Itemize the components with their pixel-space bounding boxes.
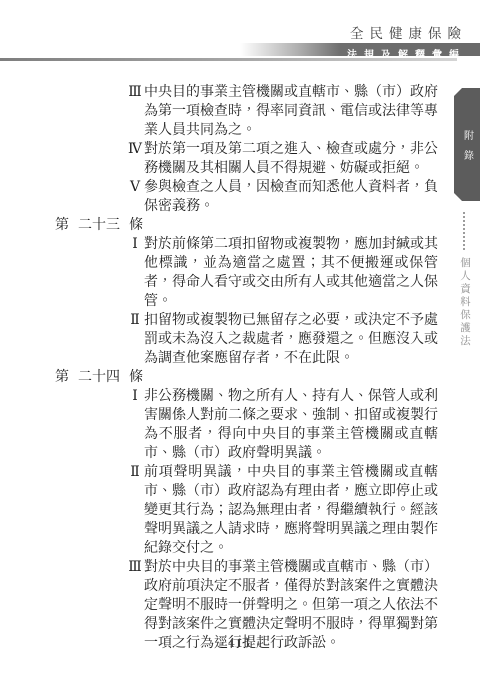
appendix-tab: 附錄 [454,88,480,201]
item-numeral: Ⅲ [128,558,142,577]
law-item: Ⅰ 對於前條第二項扣留物或複製物，應加封緘或其他標識，並為適當之處置；其不便搬運… [128,235,438,311]
document-page: 全民健康保險 法規及解釋彙編 附錄 個人資料保護法 Ⅲ 中央目的事業主管機關或直… [0,0,480,681]
edition-banner: 法規及解釋彙編 [0,43,480,56]
page-title: 全民健康保險 [350,22,467,42]
appendix-tab-label: 附錄 [460,130,475,170]
law-item: Ⅱ 前項聲明異議，中央目的事業主管機關或直轄市、縣（市）政府認為有理由者，應立即… [128,463,438,558]
item-text: 扣留物或複製物已無留存之必要，或決定不予處罰或未為沒入之裁處者，應發還之。但應沒… [144,312,438,366]
header-rule [0,58,457,61]
article-prefix: 第 [55,368,69,387]
article-number: 二十四 [78,368,120,387]
law-item: Ⅴ 參與檢查之人員，因檢查而知悉他人資料者，負保密義務。 [128,178,438,216]
law-item: Ⅳ 對於第一項及第二項之進入、檢查或處分，非公務機關及其相關人員不得規避、妨礙或… [128,140,438,178]
side-section-label: 個人資料保護法 [458,257,473,348]
item-text: 前項聲明異議，中央目的事業主管機關或直轄市、縣（市）政府認為有理由者，應立即停止… [144,464,438,556]
page-number: - 411 - [0,637,480,650]
article-header: 第 二十四 條 [55,368,143,387]
dotted-leader [463,212,465,250]
article-header: 第 二十三 條 [55,216,143,235]
item-text: 對於第一項及第二項之進入、檢查或處分，非公務機關及其相關人員不得規避、妨礙或拒絕… [144,141,438,176]
item-numeral: Ⅱ [128,311,142,330]
article-prefix: 第 [55,216,69,235]
law-body: Ⅲ 中央目的事業主管機關或直轄市、縣（市）政府為第一項檢查時，得率同資訊、電信或… [128,83,438,653]
article-suffix: 條 [129,368,143,387]
item-text: 對於前條第二項扣留物或複製物，應加封緘或其他標識，並為適當之處置；其不便搬運或保… [144,236,438,309]
article-suffix: 條 [129,216,143,235]
item-text: 中央目的事業主管機關或直轄市、縣（市）政府為第一項檢查時，得率同資訊、電信或法律… [144,84,438,138]
item-numeral: Ⅲ [128,83,142,102]
article-number: 二十三 [78,216,120,235]
item-numeral: Ⅰ [128,387,142,406]
law-item: Ⅲ 中央目的事業主管機關或直轄市、縣（市）政府為第一項檢查時，得率同資訊、電信或… [128,83,438,140]
item-numeral: Ⅳ [128,140,142,159]
item-numeral: Ⅰ [128,235,142,254]
law-item: Ⅱ 扣留物或複製物已無留存之必要，或決定不予處罰或未為沒入之裁處者，應發還之。但… [128,311,438,368]
item-numeral: Ⅴ [128,178,142,197]
law-item: Ⅰ 非公務機關、物之所有人、持有人、保管人或利害關係人對前二條之要求、強制、扣留… [128,387,438,463]
item-text: 非公務機關、物之所有人、持有人、保管人或利害關係人對前二條之要求、強制、扣留或複… [144,388,438,461]
item-numeral: Ⅱ [128,463,142,482]
item-text: 參與檢查之人員，因檢查而知悉他人資料者，負保密義務。 [144,179,438,214]
